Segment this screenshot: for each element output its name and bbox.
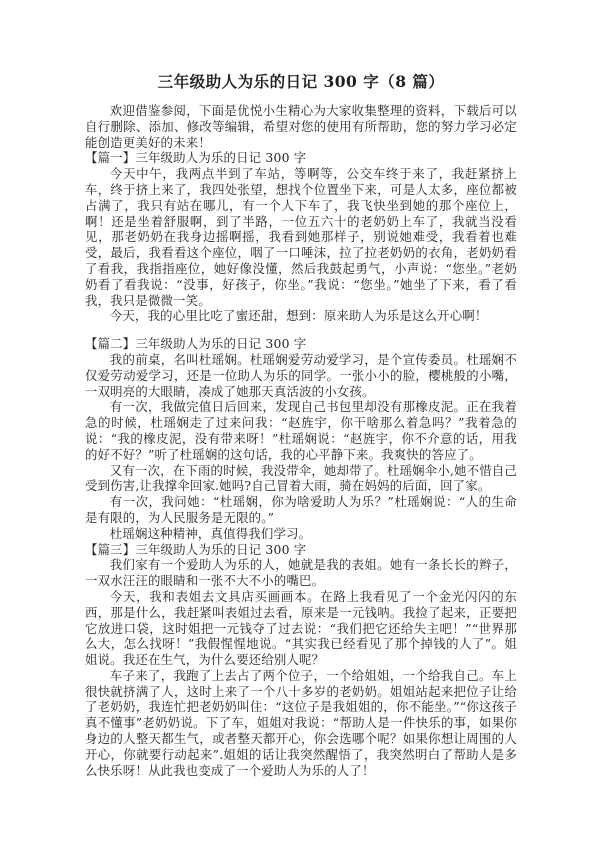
paragraph: 杜瑶娴这种精神，真值得我们学习。 xyxy=(85,526,517,542)
paragraph: 今天，我和表姐去文具店买画画本。在路上我看见了一个金光闪闪的东西，那是什么，我赶… xyxy=(85,589,517,668)
essay-section-1: 【篇一】三年级助人为乐的日记 300 字 今天中午，我两点半到了车站，等啊等，公… xyxy=(85,150,517,324)
section-heading: 【篇一】三年级助人为乐的日记 300 字 xyxy=(85,150,517,166)
section-heading: 【篇二】三年级助人为乐的日记 300 字 xyxy=(85,336,517,352)
essay-section-3: 【篇三】三年级助人为乐的日记 300 字 我们家有一个爱助人为乐的人，她就是我的… xyxy=(85,542,517,779)
paragraph: 今天，我的心里比吃了蜜还甜，想到：原来助人为乐是这么开心啊！ xyxy=(85,308,517,324)
paragraph: 又有一次，在下雨的时候，我没带伞，她却带了。杜瑶娴伞小,她不惜自己受到伤害,让我… xyxy=(85,463,517,495)
section-heading: 【篇三】三年级助人为乐的日记 300 字 xyxy=(85,542,517,558)
document-page: 三年级助人为乐的日记 300 字（8 篇） 欢迎借鉴参阅，下面是优悦小生精心为大… xyxy=(0,0,600,848)
intro-paragraph: 欢迎借鉴参阅，下面是优悦小生精心为大家收集整理的资料，下载后可以自行删除、添加、… xyxy=(85,103,517,150)
paragraph: 我的前桌，名叫杜瑶娴。杜瑶娴爱劳动爱学习，是个宣传委员。杜瑶娴不仅爱劳动爱学习，… xyxy=(85,352,517,399)
paragraph: 今天中午，我两点半到了车站，等啊等，公交车终于来了，我赶紧挤上车，终于挤上来了，… xyxy=(85,166,517,308)
paragraph: 有一次，我问她：“杜瑶娴，你为啥爱助人为乐？”杜瑶娴说：“人的生命是有限的，为人… xyxy=(85,494,517,526)
document-title: 三年级助人为乐的日记 300 字（8 篇） xyxy=(85,72,517,92)
essay-section-2: 【篇二】三年级助人为乐的日记 300 字 我的前桌，名叫杜瑶娴。杜瑶娴爱劳动爱学… xyxy=(85,336,517,541)
paragraph: 有一次，我做完值日后回来，发现自己书包里却没有那橡皮泥。正在我着急的时候，杜瑶娴… xyxy=(85,399,517,462)
paragraph: 我们家有一个爱助人为乐的人，她就是我的表姐。她有一条长长的辫子，一双水汪汪的眼睛… xyxy=(85,557,517,589)
paragraph: 车子来了，我跑了上去占了两个位子，一个给姐姐，一个给我自己。车上很快就挤满了人，… xyxy=(85,668,517,779)
